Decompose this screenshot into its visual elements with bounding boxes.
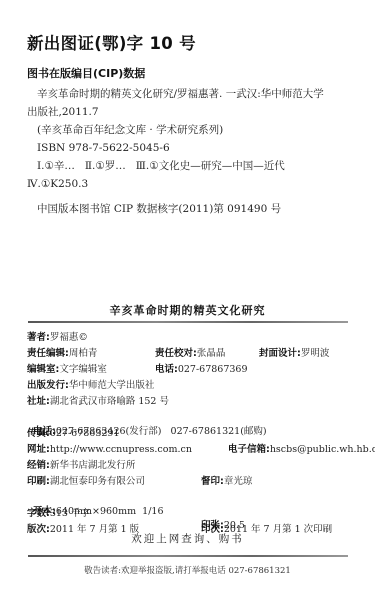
word-count: 313 千字	[50, 508, 90, 519]
distributor-row: 经销:新华书店湖北发行所	[27, 459, 135, 473]
piracy-notice: 敬告读者:欢迎举报盗版,请打举报电话 027-67861321	[0, 564, 375, 576]
address-row: 社址:湖北省武汉市珞喻路 152 号	[27, 395, 169, 409]
cip-line-5: Ⅰ.①辛… Ⅱ.①罗… Ⅲ.①文化史—研究—中国—近代	[37, 157, 285, 175]
editors-row: 责任编辑:周柏青 责任校对:张晶晶 封面设计:罗明波	[27, 347, 357, 361]
cip-verification: 中国版本图书馆 CIP 数据核字(2011)第 091490 号	[37, 200, 281, 218]
word-count-row: 字数:313 千字	[27, 507, 90, 521]
author-name: 罗福惠©	[50, 332, 88, 343]
publisher-row: 出版发行:华中师范大学出版社	[27, 379, 154, 393]
cip-line-6: Ⅳ.①K250.3	[27, 175, 88, 193]
distributor: 新华书店湖北发行所	[50, 460, 136, 471]
printer: 湖北恒泰印务有限公司	[50, 476, 145, 487]
cover-designer-name: 罗明波	[301, 348, 330, 359]
book-title: 辛亥革命时期的精英文化研究	[0, 302, 375, 318]
office-row: 编辑室:文字编辑室 电话:027-67867369	[27, 363, 357, 377]
cip-line-3: (辛亥革命百年纪念文库 · 学术研究系列)	[37, 121, 223, 139]
author-row: 著者:罗福惠©	[27, 331, 88, 345]
top-divider	[28, 321, 348, 323]
email-link[interactable]: hscbs@public.wh.hb.cn	[270, 444, 375, 455]
publisher-name: 华中师范大学出版社	[69, 380, 155, 391]
fax-row: 传真:027-67863291	[27, 427, 120, 441]
print-supervisor: 章光琼	[224, 476, 253, 487]
welcome-message: 欢迎上网查询、购书	[0, 531, 375, 546]
editor-name: 周柏青	[69, 348, 98, 359]
address: 湖北省武汉市珞喻路 152 号	[50, 396, 169, 407]
cip-line-1: 辛亥革命时期的精英文化研究/罗福惠著. 一武汉:华中师范大学	[37, 85, 324, 103]
cip-line-4: ISBN 978-7-5622-5045-6	[37, 139, 170, 157]
cip-heading: 图书在版编目(CIP)数据	[27, 65, 145, 81]
publication-license: 新出图证(鄂)字 10 号	[27, 30, 196, 54]
web-row: 网址:http://www.ccnupress.com.cn 电子信箱:hscb…	[27, 443, 357, 457]
office-phone: 027-67867369	[178, 364, 248, 375]
cip-line-2: 出版社,2011.7	[27, 103, 99, 121]
printer-row: 印刷:湖北恒泰印务有限公司 督印:章光琼	[27, 475, 357, 489]
proofreader-name: 张晶晶	[197, 348, 226, 359]
website-link[interactable]: http://www.ccnupress.com.cn	[50, 444, 192, 455]
editorial-office: 文字编辑室	[59, 364, 107, 375]
bottom-divider	[28, 555, 348, 557]
fax-number: 027-67863291	[50, 428, 120, 439]
